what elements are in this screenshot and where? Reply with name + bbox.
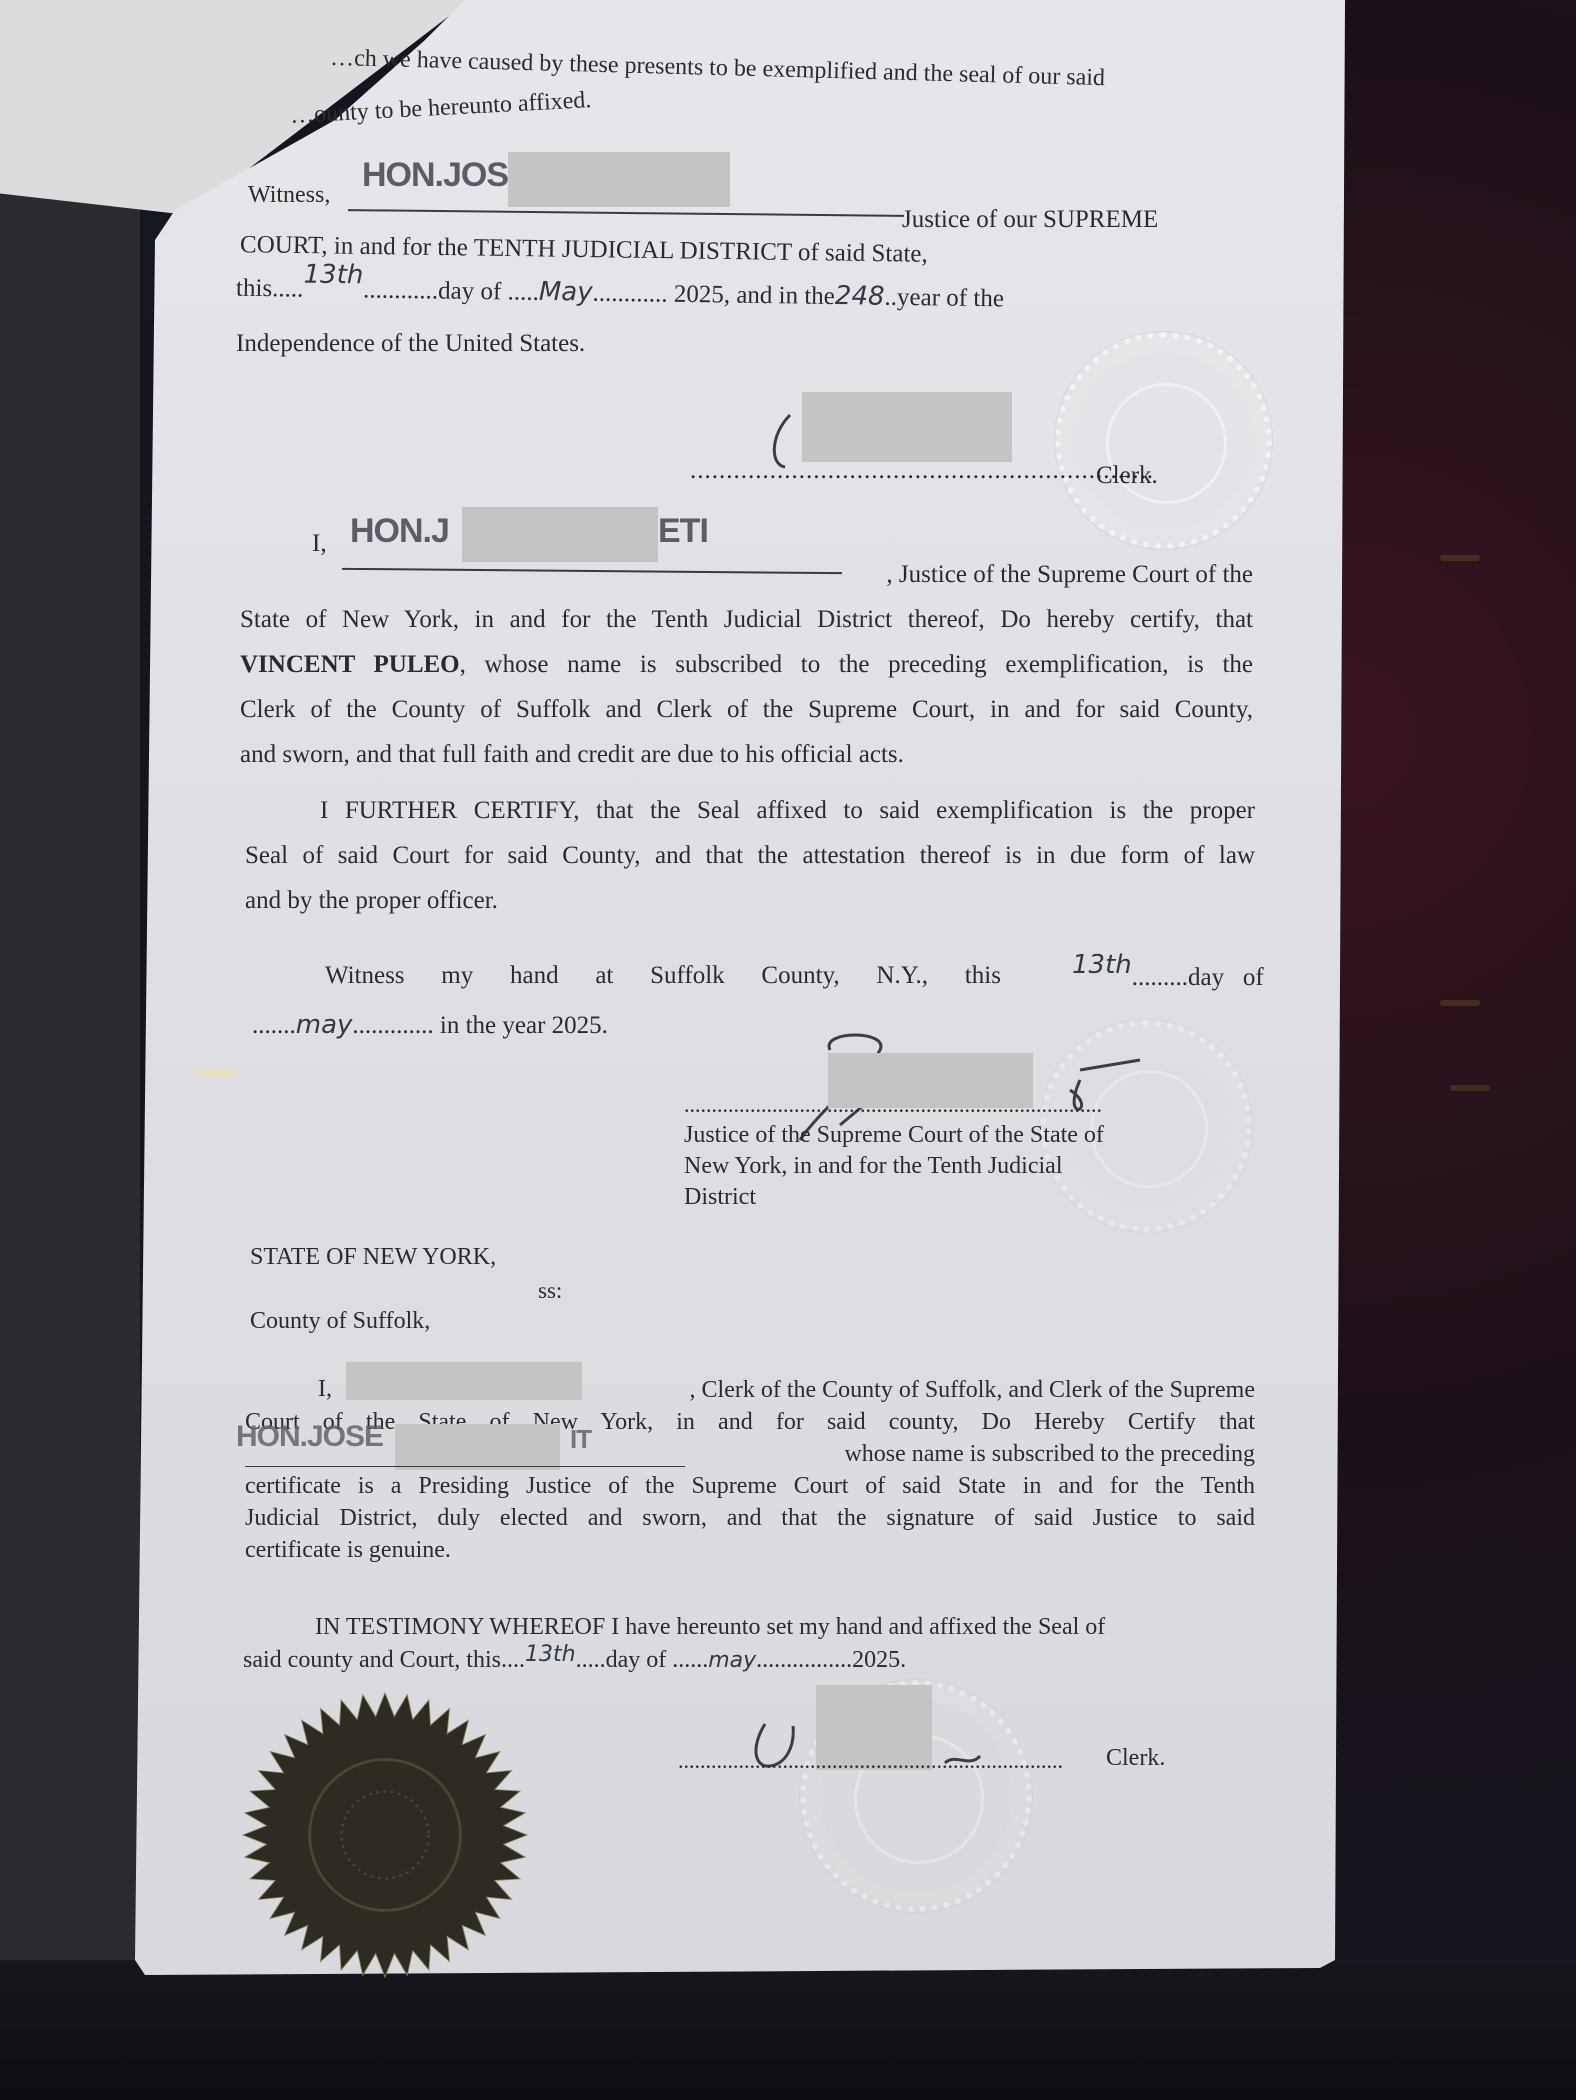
background-surface-bottom	[0, 1960, 1576, 2100]
background-light-streak	[1450, 1085, 1490, 1091]
this-text: this.....	[236, 275, 304, 303]
justice-text: Justice of our SUPREME	[902, 206, 1158, 234]
justice-sig-caption: Justice of the Supreme Court of the Stat…	[684, 1120, 1104, 1213]
handwritten-day: 13th	[525, 1642, 576, 1667]
redaction-box	[802, 392, 1012, 462]
redaction-box	[395, 1424, 560, 1470]
clerk-label: Clerk.	[1096, 462, 1158, 490]
handwritten-month: may	[296, 1010, 353, 1040]
line-1: , Clerk of the County of Suffolk, and Cl…	[245, 1374, 1255, 1406]
line-2: Seal of said Court for said County, and …	[245, 833, 1255, 878]
year-text: ............ 2025, and in the	[592, 280, 835, 310]
line-5: and sworn, and that full faith and credi…	[240, 732, 1253, 777]
day-of-text: .........day of	[1132, 964, 1264, 991]
presiding-justice-name-stamp: HON.JOSE	[236, 1420, 383, 1454]
caption-line-3: District	[684, 1182, 1104, 1213]
justice-name-stamp-start: HON.J	[350, 512, 449, 551]
witness-label: Witness,	[248, 182, 330, 209]
testimony-line-1: IN TESTIMONY WHEREOF I have hereunto set…	[315, 1614, 1105, 1641]
further-certify-paragraph: I FURTHER CERTIFY, that the Seal affixed…	[245, 788, 1255, 923]
presiding-justice-name-stamp-end: IT	[570, 1424, 591, 1455]
background-light-streak	[1440, 555, 1480, 561]
gold-foil-seal-icon	[240, 1690, 530, 1980]
testimony-line-2: said county and Court, this....13th.....…	[243, 1647, 906, 1674]
handwritten-day: 13th	[1072, 950, 1132, 980]
witness-month-line: .......may............. in the year 2025…	[252, 1010, 608, 1040]
line-1: , Justice of the Supreme Court of the	[240, 552, 1253, 597]
line-2: State of New York, in and for the Tenth …	[240, 597, 1253, 642]
background-light-streak	[1440, 1000, 1480, 1006]
caption-line-1: Justice of the Supreme Court of the Stat…	[684, 1120, 1104, 1151]
embossed-seal-icon	[1055, 332, 1272, 549]
witness-hand-line: Witness my hand at Suffolk County, N.Y.,…	[325, 962, 1001, 990]
dayof-text: ............day of .....	[363, 276, 539, 305]
line-4: certificate is a Presiding Justice of th…	[245, 1470, 1255, 1502]
text-b: .....day of ......	[576, 1647, 709, 1673]
state-header: STATE OF NEW YORK,	[250, 1244, 496, 1271]
justice-name-stamp-end: ETI	[658, 512, 708, 551]
handwritten-month: may	[708, 1648, 756, 1673]
year-text: ............. in the year 2025.	[352, 1012, 608, 1039]
county-header: County of Suffolk,	[250, 1308, 430, 1335]
justice-sig-dots: ........................................…	[684, 1092, 1102, 1118]
line-3: and by the proper officer.	[245, 878, 1255, 923]
clerk-certify-paragraph: , Clerk of the County of Suffolk, and Cl…	[245, 1374, 1255, 1566]
clerk-dots-bottom: ........................................…	[678, 1748, 1063, 1774]
line-4: Clerk of the County of Suffolk and Clerk…	[240, 687, 1253, 732]
certify-paragraph: , Justice of the Supreme Court of the St…	[240, 552, 1253, 777]
clerk-name: VINCENT PULEO	[240, 651, 460, 678]
clerk-dots: ........................................…	[690, 457, 1154, 485]
handwritten-day: 13th	[303, 260, 363, 291]
handwritten-month: May	[539, 277, 593, 308]
independence-line: Independence of the United States.	[236, 330, 585, 358]
witness-day: 13th.........day of	[1072, 962, 1264, 992]
yearof-text: ..year of the	[884, 284, 1004, 313]
line-5: Judicial District, duly elected and swor…	[245, 1502, 1255, 1534]
ss-label: ss:	[538, 1278, 562, 1304]
dots: .......	[252, 1012, 296, 1039]
clerk-label-bottom: Clerk.	[1106, 1745, 1165, 1772]
line-6: certificate is genuine.	[245, 1534, 1255, 1566]
line-3-rest: , whose name is subscribed to the preced…	[460, 651, 1253, 678]
text-c: ................2025.	[756, 1647, 906, 1673]
line-1: I FURTHER CERTIFY, that the Seal affixed…	[245, 788, 1255, 833]
witness-text: Witness my hand at Suffolk County, N.Y.,…	[325, 962, 1001, 989]
text-a: said county and Court, this....	[243, 1647, 525, 1673]
presiding-justice-underline	[245, 1466, 685, 1467]
handwritten-independence-year: 248	[835, 281, 885, 312]
redaction-box	[508, 152, 730, 207]
witness-name-stamp: HON.JOS	[362, 156, 508, 195]
background-surface	[0, 190, 140, 1970]
caption-line-2: New York, in and for the Tenth Judicial	[684, 1151, 1104, 1182]
background-light-streak	[195, 1070, 235, 1076]
line-3: VINCENT PULEO, whose name is subscribed …	[240, 642, 1253, 687]
